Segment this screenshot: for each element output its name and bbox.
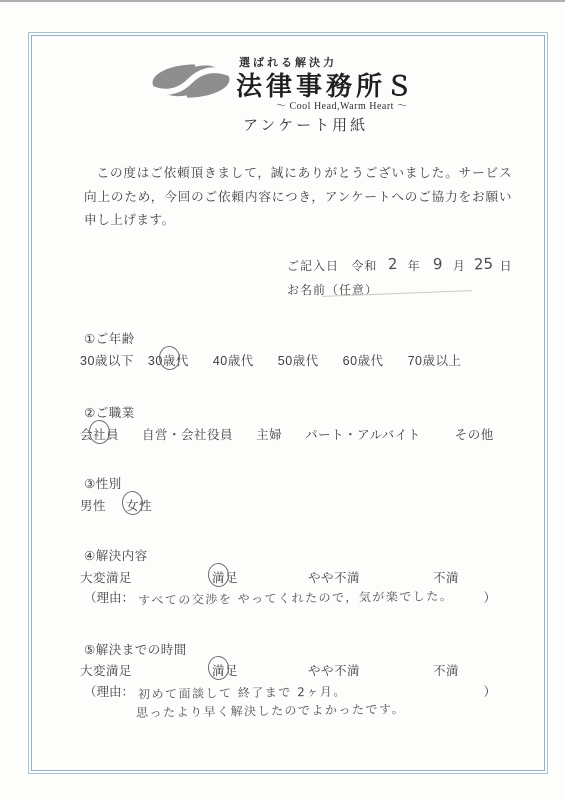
year-unit-label: 年 <box>408 259 421 273</box>
question-4-options: 大変満足 満足 やや不満 不満 <box>80 568 459 586</box>
hand-circle-mark: 女 <box>126 496 139 514</box>
question-4-title: ④解決内容 <box>84 546 148 564</box>
intro-paragraph: この度はご依頼頂きまして，誠にありがとうございました。サービス向上のため，今回の… <box>84 162 512 233</box>
option-age-40s: 40歳代 <box>213 351 254 369</box>
option-satisfied: 満足 <box>212 661 308 679</box>
option-age-under-30: 30歳以下 <box>80 351 134 369</box>
option-somewhat-dissatisfied: やや不満 <box>308 661 433 679</box>
hand-circle-mark: 満 <box>212 568 225 586</box>
option-other: その他 <box>455 425 494 443</box>
hand-circle-mark: 歳 <box>163 351 176 369</box>
option-male: 男性 <box>80 496 106 514</box>
reason-close-label: ） <box>483 588 496 606</box>
option-somewhat-dissatisfied: やや不満 <box>308 568 433 586</box>
scanned-survey-page: 選ばれる解決力 法律事務所Ｓ ～ Cool Head,Warm Heart ～ … <box>0 0 565 800</box>
question-5-reason: （理由： 初めて面談して 終了まで 2ヶ月。 ） <box>84 682 496 700</box>
option-age-70plus: 70歳以上 <box>408 351 462 369</box>
hand-circle-mark: 満 <box>212 661 225 679</box>
month-unit-label: 月 <box>453 259 466 273</box>
scan-edge-artifact <box>0 0 565 2</box>
handwritten-reason-q5-line1: 初めて面談して 終了まで 2ヶ月。 <box>138 681 484 703</box>
option-self-employed: 自営・会社役員 <box>142 425 233 443</box>
question-5-title: ⑤解決までの時間 <box>84 640 187 658</box>
option-satisfied: 満足 <box>212 568 308 586</box>
option-dissatisfied: 不満 <box>433 661 459 679</box>
option-female: 女性 <box>126 496 152 514</box>
handwritten-year: 2 <box>387 255 397 273</box>
handwritten-day: 25 <box>474 255 494 274</box>
date-label: ご記入日 <box>287 259 339 273</box>
option-part-time: パート・アルバイト <box>305 425 421 443</box>
option-company-employee: 会社員 <box>80 425 119 443</box>
option-age-60s: 60歳代 <box>343 351 384 369</box>
era-label: 令和 <box>351 259 377 273</box>
hand-circle-mark: 社 <box>93 425 106 443</box>
firm-logo-swirl-icon <box>151 62 231 100</box>
brand-tagline: ～ Cool Head,Warm Heart ～ <box>276 97 407 112</box>
question-2-title: ②ご職業 <box>84 403 135 421</box>
option-dissatisfied: 不満 <box>433 568 459 586</box>
option-housewife: 主婦 <box>256 425 282 443</box>
question-3-options: 男性 女性 <box>80 496 152 514</box>
form-title: アンケート用紙 <box>243 114 368 135</box>
question-5-options: 大変満足 満足 やや不満 不満 <box>80 661 459 679</box>
day-unit-label: 日 <box>500 259 513 273</box>
option-very-satisfied: 大変満足 <box>80 568 212 586</box>
date-line: ご記入日 令和 2 年 9 月 25 日 <box>287 256 513 274</box>
question-1-options: 30歳以下 30歳代 40歳代 50歳代 60歳代 70歳以上 <box>80 351 461 369</box>
question-2-options: 会社員 自営・会社役員 主婦 パート・アルバイト その他 <box>80 425 494 443</box>
option-very-satisfied: 大変満足 <box>80 661 212 679</box>
reason-open-label: （理由： <box>84 588 134 606</box>
question-4-reason: （理由： すべての交渉を やってくれたので，気が楽でした。 ） <box>84 588 496 606</box>
question-3-title: ③性別 <box>84 474 122 492</box>
question-1-title: ①ご年齢 <box>84 329 135 347</box>
option-age-50s: 50歳代 <box>278 351 319 369</box>
reason-close-label: ） <box>483 682 496 700</box>
handwritten-month: 9 <box>432 255 442 273</box>
handwritten-reason-q4: すべての交渉を やってくれたので，気が楽でした。 <box>138 587 484 609</box>
reason-open-label: （理由： <box>84 682 134 700</box>
option-age-30s: 30歳代 <box>148 351 189 369</box>
